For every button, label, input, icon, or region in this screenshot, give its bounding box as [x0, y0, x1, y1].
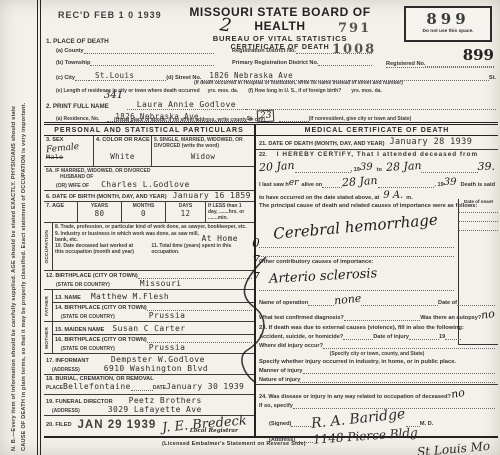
filed-field: 20. FILED JAN 29 1939 J. E. Bredeck — [44, 416, 254, 433]
occ9-field: 9. Industry or business in which work wa… — [53, 231, 254, 243]
ifso-label: If so, specify — [259, 403, 293, 409]
funeral-sub: (ADDRESS) — [52, 408, 80, 414]
alive-label: alive on — [302, 182, 323, 188]
age-years-field: YEARS 80 — [78, 202, 122, 223]
cause-of-death-value: Cerebral hemorrhage — [273, 209, 455, 243]
death-said-label: Death is said — [460, 182, 495, 188]
funeral-address: 3029 Lafayette Ave — [108, 405, 202, 414]
funeral-value: Peetz Brothers — [129, 396, 202, 405]
filed-label: 20. FILED — [46, 422, 72, 428]
father-side-label: FATHER — [45, 296, 51, 316]
embalmer-note: (Licensed Embalmer's Statement on Revers… — [162, 441, 306, 447]
burial-date-value: January 30 1939 — [166, 382, 244, 391]
mother-bp-value: Prussia — [149, 343, 186, 352]
occupation-side-label: OCCUPATION — [45, 230, 51, 264]
lastsaw-year: 39 — [444, 177, 457, 188]
primary-district-field: Primary Registration District No. — [232, 59, 372, 66]
registered-no-field: 899 Registered No. — [386, 50, 494, 68]
full-name-row: 2. PRINT FULL NAME Laura Annie Godlove — [46, 100, 496, 110]
days-value: 12 — [168, 209, 203, 218]
occ8-label: 8. Trade, profession, or particular kind… — [53, 223, 254, 231]
cause-of-death-field: Cerebral hemorrhage — [256, 210, 498, 258]
informant-value: Dempster W.Godlove — [111, 355, 205, 364]
dotted-leader — [246, 103, 496, 110]
foreign-units: yrs. mos. da. — [351, 88, 382, 94]
test-label: What test confirmed diagnosis? — [259, 315, 344, 321]
dotted-leader — [84, 47, 214, 54]
from-year-value: 39 — [360, 162, 373, 173]
full-name-label: 2. PRINT FULL NAME — [46, 103, 109, 110]
medical-certificate-column: MEDICAL CERTIFICATE OF DEATH 21. DATE OF… — [256, 125, 498, 436]
city-label: (c) City — [56, 75, 75, 81]
signed-field: (Signed) R. A. Baridge M. D. — [256, 410, 498, 428]
date-of-label: Date of — [438, 300, 457, 306]
father-group: FATHER 13. NAME Matthew M.Flesh 14. BIRT… — [44, 290, 254, 322]
medical-heading: MEDICAL CERTIFICATE OF DEATH — [256, 125, 498, 136]
burial-field: 18. BURIAL, CREMATION, OR REMOVAL PLACE … — [44, 375, 254, 395]
to-year-value: 39. — [478, 160, 496, 173]
dotted-leader — [291, 420, 311, 427]
dotted-leader — [445, 333, 461, 340]
registrar-signature: J. E. Bredeck — [162, 413, 248, 435]
manner-field: Manner of injury — [256, 366, 498, 375]
year-prefix: , 19 — [351, 167, 360, 173]
dotted-leader — [75, 74, 89, 81]
nature-label: Nature of injury — [259, 377, 300, 383]
informant-label: 17. INFORMANT — [46, 358, 89, 364]
dotted-leader — [303, 367, 495, 374]
street-suffix-label: St. — [489, 75, 496, 81]
father-name-label: 13. NAME — [55, 295, 81, 301]
accident-label: Accident, suicide, or homicide? — [259, 334, 343, 340]
received-date-stamp: REC'D FEB 1 0 1939 — [58, 10, 162, 20]
age-days-field: DAYS 12 — [166, 202, 206, 223]
dotted-leader — [138, 272, 252, 279]
q24-field: 24. Was disease or injury in any way rel… — [256, 384, 498, 401]
residence-length-label: (e) Length of residence in city or town … — [56, 88, 200, 94]
attended-from-value: 20 Jan — [259, 159, 295, 174]
hospital-note: (If death occurred in Hospital or Instit… — [194, 80, 403, 86]
margin-divider-rule — [37, 0, 41, 455]
nature-field: Nature of injury — [256, 375, 498, 384]
md-label: M. D. — [420, 421, 433, 427]
death-certificate-scan: N. B.—Every item of information should b… — [0, 0, 500, 455]
mother-bp-sub: (STATE OR COUNTRY) — [61, 346, 115, 352]
residence-units: yrs. mos. da. — [208, 88, 239, 94]
father-name-value: Matthew M.Flesh — [91, 292, 169, 301]
occ9-value: At Home — [201, 234, 238, 243]
autopsy-label: Was there an autopsy? — [420, 315, 481, 321]
operation-field: Name of operation none Date of — [256, 292, 498, 307]
spouse-field: 5A. IF MARRIED, WIDOWED, OR DIVORCED HUS… — [44, 167, 254, 191]
do-not-use-box: 899 Do not use this space. — [404, 6, 492, 42]
date-of-death-field: 21. DATE OF DEATH (MONTH, DAY, AND YEAR)… — [256, 136, 498, 150]
race-label: 4. COLOR OR RACE — [96, 137, 149, 143]
dotted-leader — [140, 74, 166, 81]
father-bp-sub: (STATE OR COUNTRY) — [61, 314, 115, 320]
operation-label: Name of operation — [259, 300, 308, 306]
dotted-leader — [279, 115, 309, 122]
race-value: White — [96, 152, 149, 161]
funeral-label: 19. FUNERAL DIRECTOR — [46, 399, 113, 405]
occupation-group: OCCUPATION 8. Trade, profession, or part… — [44, 223, 254, 271]
race-field: 4. COLOR OR RACE White — [94, 136, 152, 166]
signed-label: (Signed) — [269, 421, 291, 427]
dotted-leader — [147, 336, 252, 343]
informant-address: 6910 Washington Blvd — [104, 364, 208, 373]
birthplace-value: Missouri — [140, 279, 182, 288]
birthplace-sub-label: (STATE OR COUNTRY) — [56, 282, 110, 288]
dotted-leader — [344, 314, 420, 321]
where-injury-note: (Specify city or town, county, and State… — [256, 350, 498, 358]
dotted-leader — [425, 60, 494, 67]
burial-date-label: DATE — [153, 385, 166, 391]
occ10-label: 10. Date deceased last worked at this oc… — [55, 243, 143, 255]
q24-value: no — [450, 386, 466, 401]
certify-number: 22. — [259, 152, 267, 158]
township-label: (b) Township — [56, 60, 90, 66]
mother-name-value: Susan C Carter — [112, 324, 185, 333]
city-value: St.Louis — [89, 71, 140, 81]
dotted-leader — [131, 384, 153, 391]
occurred-text: to have occurred on the date stated abov… — [259, 195, 379, 201]
autopsy-field: What test confirmed diagnosis? Was there… — [256, 307, 498, 322]
father-birthplace-field: 14. BIRTHPLACE (CITY OR TOWN) (STATE OR … — [53, 303, 254, 321]
age-field: 7. AGE — [44, 202, 78, 223]
margin-note-line1: N. B.—Every item of information should b… — [11, 8, 17, 451]
to-label: to — [377, 167, 382, 173]
birthplace-label: 12. BIRTHPLACE (CITY OR TOWN) — [46, 273, 138, 279]
father-bp-label: 14. BIRTHPLACE (CITY OR TOWN) — [55, 305, 147, 311]
occ9-label: 9. Industry or business in which work wa… — [55, 231, 201, 243]
registration-district-field: Registration District No. — [232, 47, 372, 54]
spouse-value: Charles L.Godlove — [101, 180, 190, 189]
funeral-director-field: 19. FUNERAL DIRECTOR Peetz Brothers (ADD… — [44, 395, 254, 416]
time-of-death-value: 9 A. — [383, 190, 403, 201]
mother-name-label: 15. MAIDEN NAME — [55, 327, 104, 333]
spouse-label-3: (OR) WIFE OF — [56, 183, 89, 189]
father-bp-value: Prussia — [149, 311, 186, 320]
if-less-label: If LESS than 1 day, .......hrs. or .....… — [208, 203, 252, 222]
personal-particulars-column: PERSONAL AND STATISTICAL PARTICULARS 3. … — [44, 125, 256, 436]
occ10-11-row: 10. Date deceased last worked at this oc… — [53, 243, 254, 255]
years-value: 80 — [80, 209, 119, 218]
m-label: m. — [406, 195, 413, 201]
dotted-leader — [295, 166, 351, 173]
dod-value: January 28 1939 — [389, 137, 472, 147]
dotted-leader — [296, 47, 372, 54]
registration-district-label: Registration District No. — [232, 48, 296, 54]
burial-place-value: Bellefontaine — [63, 382, 131, 391]
primary-district-label: Primary Registration District No. — [232, 60, 318, 66]
mother-name-field: 15. MAIDEN NAME Susan C Carter — [53, 322, 254, 335]
certificate-body: PERSONAL AND STATISTICAL PARTICULARS 3. … — [44, 122, 498, 438]
contributory-field: Other contributory causes of importance:… — [256, 258, 498, 292]
margin-note-line2: CAUSE OF DEATH in plain terms, so that i… — [21, 8, 27, 451]
stamp-number-791: 791 — [338, 21, 371, 36]
dotted-leader — [300, 376, 495, 383]
dob-field: 6. DATE OF BIRTH (MONTH, DAY, AND YEAR) … — [44, 191, 254, 202]
dotted-leader — [259, 248, 454, 257]
attended-to-value: 28 Jan — [386, 159, 422, 174]
registered-no-label: Registered No. — [386, 61, 425, 67]
age-months-field: MONTHS 0 — [122, 202, 166, 223]
foreign-birth-label: (f) How long in U. S., if of foreign bir… — [248, 88, 341, 94]
dod-label: 21. DATE OF DEATH (MONTH, DAY, AND YEAR) — [259, 141, 384, 147]
filed-date-stamp: JAN 29 1939 — [78, 419, 157, 431]
personal-heading: PERSONAL AND STATISTICAL PARTICULARS — [44, 125, 254, 136]
marital-label: 5. SINGLE, MARRIED, WIDOWED, OR DIVORCED… — [154, 137, 252, 149]
dotted-leader — [409, 333, 439, 340]
lastsaw-value: 28 Jan — [342, 174, 378, 189]
if-less-field: If LESS than 1 day, .......hrs. or .....… — [206, 202, 254, 223]
mother-bp-label: 16. BIRTHPLACE (CITY OR TOWN) — [55, 337, 147, 343]
dotted-leader — [90, 59, 214, 66]
dotted-leader — [361, 299, 438, 306]
dotted-leader — [318, 59, 372, 66]
mother-group: MOTHER 15. MAIDEN NAME Susan C Carter 16… — [44, 322, 254, 354]
where-injury-field: Where did injury occur? — [256, 341, 498, 350]
lastsaw-er: er — [289, 178, 299, 188]
county-field: (a) County — [56, 47, 214, 54]
dotted-leader — [343, 333, 373, 340]
full-name-value: Laura Annie Godlove — [127, 100, 246, 110]
onset-label: Date of onset — [464, 199, 493, 204]
dotted-leader — [421, 166, 477, 173]
year-prefix-2: , 19 — [434, 182, 443, 188]
dotted-leader — [308, 299, 334, 306]
months-value: 0 — [124, 209, 163, 218]
marital-field: 5. SINGLE, MARRIED, WIDOWED, OR DIVORCED… — [152, 136, 254, 166]
county-label: (a) County — [56, 48, 84, 54]
age-label: 7. AGE — [46, 203, 75, 209]
specify-text: Specify whether injury occurred in indus… — [256, 358, 498, 366]
q24-text: 24. Was disease or injury in any way rel… — [259, 394, 451, 400]
dotted-leader — [378, 181, 435, 188]
lastsaw-prefix: I last saw h — [259, 182, 289, 188]
occ11-label: 11. Total time (years) spent in this occ… — [151, 243, 252, 255]
manner-label: Manner of injury — [259, 368, 303, 374]
dotted-leader — [322, 181, 342, 188]
dob-label: 6. DATE OF BIRTH (MONTH, DAY, AND YEAR) — [46, 194, 167, 200]
certificate-number: 899 — [406, 10, 490, 28]
injury-date-label: Date of injury — [373, 334, 409, 340]
accident-field: Accident, suicide, or homicide? Date of … — [256, 332, 498, 341]
mother-birthplace-field: 16. BIRTHPLACE (CITY OR TOWN) (STATE OR … — [53, 335, 254, 353]
informant-sub: (ADDRESS) — [52, 367, 80, 373]
do-not-use-note: Do not use this space. — [406, 29, 490, 34]
operation-value: none — [334, 292, 363, 308]
dotted-leader — [457, 299, 495, 306]
left-margin-notes: N. B.—Every item of information should b… — [0, 0, 36, 455]
father-name-field: 13. NAME Matthew M.Flesh — [53, 290, 254, 303]
place-of-death-heading: 1. PLACE OF DEATH — [46, 38, 109, 45]
township-field: (b) Township — [56, 59, 214, 66]
dob-value: January 16 1859 — [173, 191, 251, 200]
birthplace-field: 12. BIRTHPLACE (CITY OR TOWN) (STATE OR … — [44, 271, 254, 290]
physician-address-line2: St Louis Mo — [416, 439, 490, 455]
burial-place-label: PLACE — [46, 385, 63, 391]
dotted-leader — [147, 304, 252, 311]
certify-text: I HEREBY CERTIFY, That I attended deceas… — [277, 151, 478, 158]
registered-no-value: 899 — [386, 50, 494, 60]
where-injury-label: Where did injury occur? — [259, 343, 323, 349]
dotted-leader — [323, 342, 495, 349]
mother-side-label: MOTHER — [45, 327, 51, 349]
q23-text: 23. If death was due to external causes … — [256, 324, 498, 332]
sex-field: 3. SEX Female Male — [44, 136, 94, 166]
marital-value: Widow — [154, 152, 252, 161]
autopsy-value: no — [480, 307, 495, 322]
informant-field: 17. INFORMANT Dempster W.Godlove (ADDRES… — [44, 354, 254, 375]
